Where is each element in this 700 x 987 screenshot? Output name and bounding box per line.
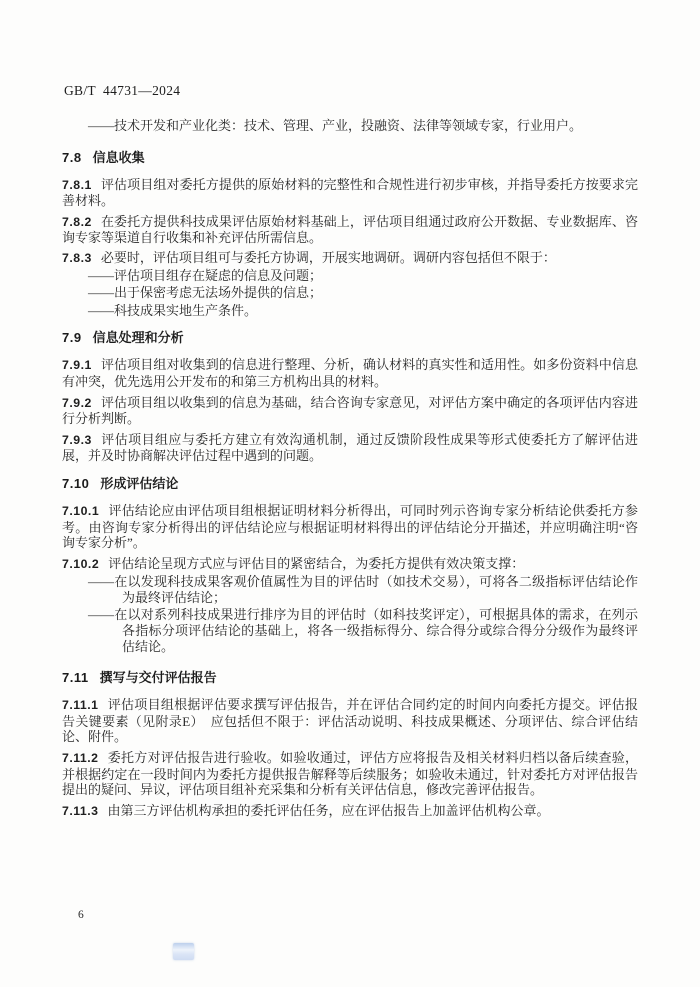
clause-title: 信息处理和分析 [93, 330, 184, 345]
list-item: ——评估项目组存在疑虑的信息及问题； [62, 268, 638, 284]
clause-text: 必要时，评估项目组可与委托方协调，开展实地调研。调研内容包括但不限于： [101, 250, 556, 265]
clause-number: 7.9.1 [62, 358, 92, 372]
clause-paragraph-7-11-1: 7.11.1评估项目组根据评估要求撰写评估报告，并在评估合同约定的时间内向委托方… [62, 697, 638, 745]
document-content: ——技术开发和产业化类：技术、管理、产业，投融资、法律等领域专家，行业用户。 7… [62, 98, 638, 819]
clause-text: 评估项目组对收集到的信息进行整理、分析，确认材料的真实性和适用性。如多份资料中信… [62, 357, 638, 389]
watermark-badge [173, 943, 194, 960]
clause-title: 撰写与交付评估报告 [100, 670, 217, 685]
list-item-value-discovery: ——在以发现科技成果客观价值属性为目的评估时（如技术交易），可将各二级指标评估结… [62, 574, 638, 605]
clause-paragraph-7-9-3: 7.9.3评估项目组应与委托方建立有效沟通机制，通过反馈阶段性成果等形式使委托方… [62, 432, 638, 464]
clause-number: 7.10 [62, 476, 89, 491]
clause-number: 7.9.3 [62, 433, 92, 447]
clause-text: 评估项目组对委托方提供的原始材料的完整性和合规性进行初步审核，并指导委托方按要求… [62, 177, 638, 209]
clause-number: 7.11.3 [62, 804, 99, 818]
clause-paragraph-7-8-3: 7.8.3必要时，评估项目组可与委托方协调，开展实地调研。调研内容包括但不限于： [62, 250, 638, 267]
clause-paragraph-7-10-1: 7.10.1评估结论应由评估项目组根据证明材料分析得出，可同时列示咨询专家分析结… [62, 503, 638, 551]
clause-number: 7.11.2 [62, 751, 99, 765]
clause-text: 评估结论呈现方式应与评估目的紧密结合，为委托方提供有效决策支撑： [108, 556, 524, 571]
clause-heading-7-10: 7.10形成评估结论 [62, 476, 638, 492]
clause-text: 在委托方提供科技成果评估原始材料基础上，评估项目组通过政府公开数据、专业数据库、… [62, 214, 638, 246]
clause-number: 7.8.2 [62, 215, 92, 229]
clause-number: 7.8.3 [62, 251, 92, 265]
clause-text: 评估项目组以收集到的信息为基础，结合咨询专家意见，对评估方案中确定的各项评估内容… [62, 395, 638, 427]
clause-heading-7-9: 7.9信息处理和分析 [62, 330, 638, 346]
list-item-ranking: ——在以对系列科技成果进行排序为目的评估时（如科技奖评定），可根据具体的需求，在… [62, 607, 638, 654]
clause-text: 委托方对评估报告进行验收。如验收通过，评估方应将报告及相关材料归档以备后续查验，… [62, 750, 638, 797]
page-number: 6 [78, 909, 84, 921]
list-item: ——出于保密考虑无法场外提供的信息； [62, 285, 638, 301]
clause-text: 由第三方评估机构承担的委托评估任务，应在评估报告上加盖评估机构公章。 [108, 803, 550, 818]
list-item: ——科技成果实地生产条件。 [62, 303, 638, 319]
clause-paragraph-7-9-1: 7.9.1评估项目组对收集到的信息进行整理、分析，确认材料的真实性和适用性。如多… [62, 357, 638, 389]
clause-number: 7.8 [62, 150, 82, 165]
clause-paragraph-7-9-2: 7.9.2评估项目组以收集到的信息为基础，结合咨询专家意见，对评估方案中确定的各… [62, 395, 638, 427]
clause-number: 7.10.1 [62, 504, 99, 518]
clause-title: 信息收集 [93, 150, 145, 165]
document-page: GB/T 44731—2024 ——技术开发和产业化类：技术、管理、产业，投融资… [0, 0, 700, 987]
standard-number-header: GB/T 44731—2024 [64, 83, 180, 99]
clause-heading-7-8: 7.8信息收集 [62, 150, 638, 166]
clause-heading-7-11: 7.11撰写与交付评估报告 [62, 670, 638, 686]
clause-title: 形成评估结论 [100, 476, 178, 491]
clause-number: 7.9 [62, 330, 82, 345]
list-item-expert-category: ——技术开发和产业化类：技术、管理、产业，投融资、法律等领域专家，行业用户。 [62, 118, 638, 134]
clause-paragraph-7-10-2: 7.10.2评估结论呈现方式应与评估目的紧密结合，为委托方提供有效决策支撑： [62, 556, 638, 573]
clause-number: 7.11.1 [62, 698, 99, 712]
clause-text: 评估结论应由评估项目组根据证明材料分析得出，可同时列示咨询专家分析结论供委托方参… [62, 503, 638, 550]
clause-paragraph-7-8-1: 7.8.1评估项目组对委托方提供的原始材料的完整性和合规性进行初步审核，并指导委… [62, 177, 638, 209]
clause-text: 评估项目组根据评估要求撰写评估报告，并在评估合同约定的时间内向委托方提交。评估报… [62, 697, 638, 744]
clause-number: 7.9.2 [62, 396, 92, 410]
clause-paragraph-7-11-3: 7.11.3由第三方评估机构承担的委托评估任务，应在评估报告上加盖评估机构公章。 [62, 803, 638, 820]
clause-text: 评估项目组应与委托方建立有效沟通机制，通过反馈阶段性成果等形式使委托方了解评估进… [62, 432, 638, 464]
clause-number: 7.11 [62, 670, 89, 685]
clause-number: 7.8.1 [62, 178, 92, 192]
clause-number: 7.10.2 [62, 557, 99, 571]
clause-paragraph-7-11-2: 7.11.2委托方对评估报告进行验收。如验收通过，评估方应将报告及相关材料归档以… [62, 750, 638, 798]
clause-paragraph-7-8-2: 7.8.2在委托方提供科技成果评估原始材料基础上，评估项目组通过政府公开数据、专… [62, 214, 638, 246]
